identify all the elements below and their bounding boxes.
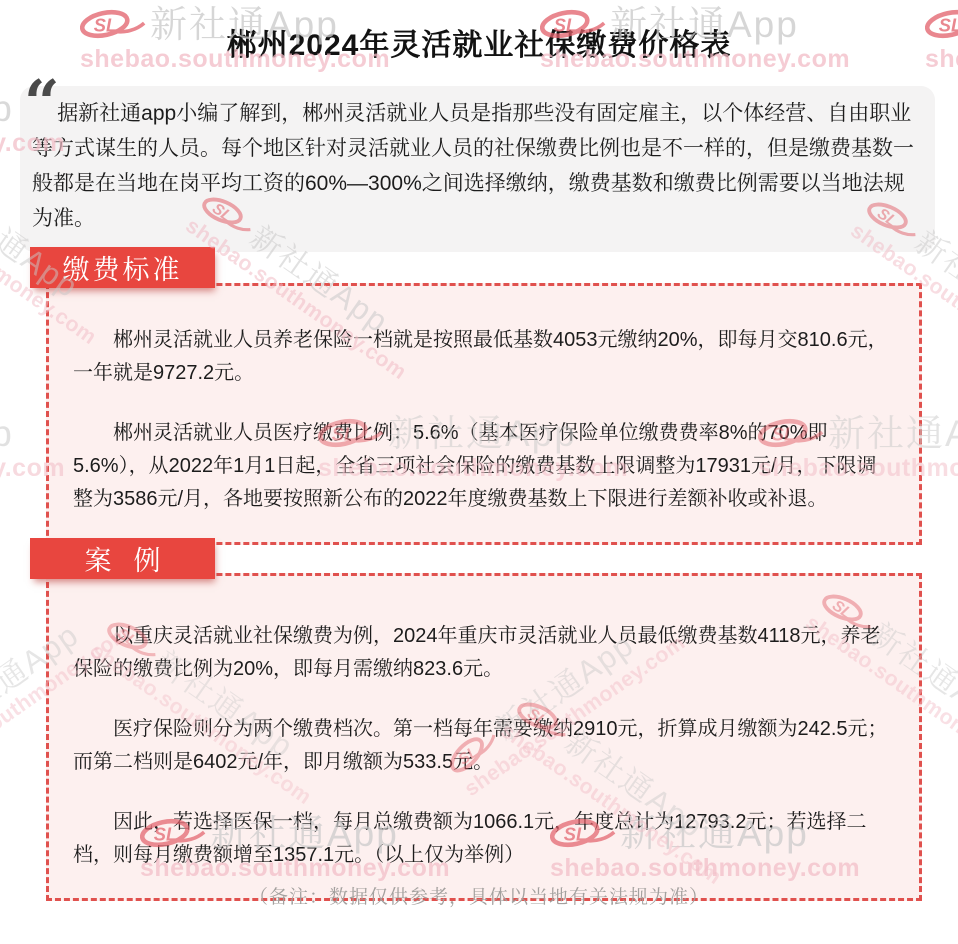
article-page: 郴州2024年灵活就业社保缴费价格表 “ 据新社通app小编了解到，郴州灵活就业… [0, 0, 958, 944]
intro-quote-box: “ 据新社通app小编了解到，郴州灵活就业人员是指那些没有固定雇主，以个体经营、… [20, 86, 935, 252]
section-banner-case-example: 案例 [30, 538, 215, 579]
paragraph: 因此，若选择医保一档，每月总缴费额为1066.1元，年度总计为12793.2元；… [73, 806, 895, 872]
paragraph: 郴州灵活就业人员养老保险一档就是按照最低基数4053元缴纳20%，即每月交810… [73, 324, 895, 390]
open-quote-icon: “ [24, 72, 60, 134]
footer-note: （备注：数据仅供参考，具体以当地有关法规为准） [0, 882, 958, 909]
paragraph: 郴州灵活就业人员医疗缴费比例：5.6%（基本医疗保险单位缴费费率8%的70%即5… [73, 417, 895, 516]
paragraph: 以重庆灵活就业社保缴费为例，2024年重庆市灵活就业人员最低缴费基数4118元，… [73, 620, 895, 686]
watermark-app-name: 新社通App [0, 415, 14, 452]
watermark-app-name: 新社通App [0, 90, 14, 127]
paragraph: 医疗保险则分为两个缴费档次。第一档每年需要缴纳2910元，折算成月缴额为242.… [73, 713, 895, 779]
case-example-box: 以重庆灵活就业社保缴费为例，2024年重庆市灵活就业人员最低缴费基数4118元，… [46, 573, 922, 901]
intro-text: 据新社通app小编了解到，郴州灵活就业人员是指那些没有固定雇主，以个体经营、自由… [32, 96, 923, 236]
section-banner-payment-standard: 缴费标准 [30, 247, 215, 288]
payment-standard-box: 郴州灵活就业人员养老保险一档就是按照最低基数4053元缴纳20%，即每月交810… [46, 283, 922, 545]
page-title: 郴州2024年灵活就业社保缴费价格表 [0, 20, 958, 64]
